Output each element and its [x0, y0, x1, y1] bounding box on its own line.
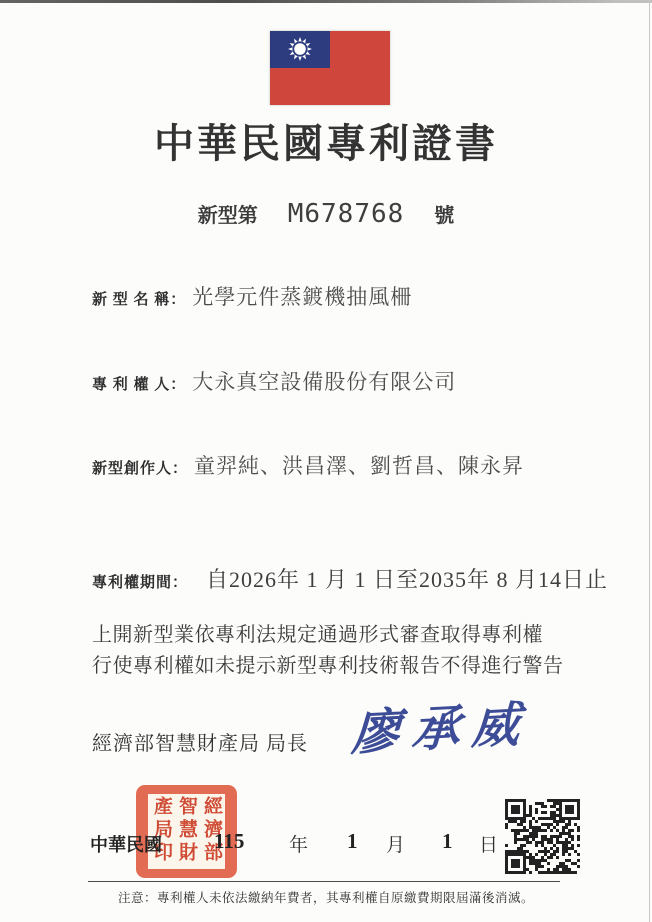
field-row-model-name: 新 型 名 稱： 光學元件蒸鍍機抽風柵: [92, 281, 412, 311]
issuing-office-title: 經濟部智慧財產局 局長: [92, 727, 308, 756]
field-value: 大永真空設備股份有限公司: [192, 366, 456, 396]
date-month-unit: 月: [386, 830, 405, 857]
patent-number-line: 新型第 M678768 號: [0, 199, 652, 229]
legal-line-2: 行使專利權如未提示新型專利技術報告不得進行警告: [92, 651, 564, 682]
flag-canton: [270, 31, 330, 68]
field-value: 童羿純、洪昌澤、劉哲昌、陳永昇: [194, 450, 524, 480]
field-row-patent-term: 專利權期間： 自2026年 1 月 1 日至2035年 8 月14日止: [92, 563, 608, 594]
field-label: 專 利 權 人：: [92, 373, 186, 394]
date-era: 中華民國: [90, 831, 162, 857]
legal-line-1: 上開新型業依專利法規定通過形式審查取得專利權: [92, 620, 564, 651]
sun-icon: [287, 36, 313, 62]
date-day-unit: 日: [479, 830, 498, 857]
scan-artifact-top: [0, 0, 652, 3]
date-month: 1: [347, 829, 358, 854]
roc-flag-icon: [270, 31, 390, 105]
legal-statement: 上開新型業依專利法規定通過形式審查取得專利權 行使專利權如未提示新型專利技術報告…: [92, 620, 564, 682]
patent-number-suffix: 號: [434, 199, 454, 228]
patent-number-prefix: 新型第: [198, 199, 258, 228]
patent-certificate-page: 中華民國專利證書 新型第 M678768 號 新 型 名 稱： 光學元件蒸鍍機抽…: [0, 0, 652, 922]
field-row-patentee: 專 利 權 人： 大永真空設備股份有限公司: [92, 366, 456, 396]
field-label: 新 型 名 稱：: [92, 288, 186, 309]
field-value: 光學元件蒸鍍機抽風柵: [192, 281, 412, 311]
certificate-title: 中華民國專利證書: [0, 112, 652, 169]
director-signature: 廖承威: [350, 685, 533, 764]
footer-note: 注意：專利權人未依法繳納年費者，其專利權自原繳費期限屆滿後消滅。: [30, 888, 622, 906]
field-label: 新型創作人：: [92, 457, 188, 478]
date-year-unit: 年: [289, 830, 308, 857]
field-value: 自2026年 1 月 1 日至2035年 8 月14日止: [206, 563, 608, 594]
date-day: 1: [442, 829, 453, 854]
patent-number: M678768: [288, 199, 405, 229]
issue-date-line: 中華民國 115 年 1 月 1 日: [0, 828, 652, 856]
field-label: 專利權期間：: [92, 571, 188, 592]
field-row-creators: 新型創作人： 童羿純、洪昌澤、劉哲昌、陳永昇: [92, 450, 524, 480]
divider-line: [88, 881, 560, 882]
date-year: 115: [214, 829, 244, 854]
